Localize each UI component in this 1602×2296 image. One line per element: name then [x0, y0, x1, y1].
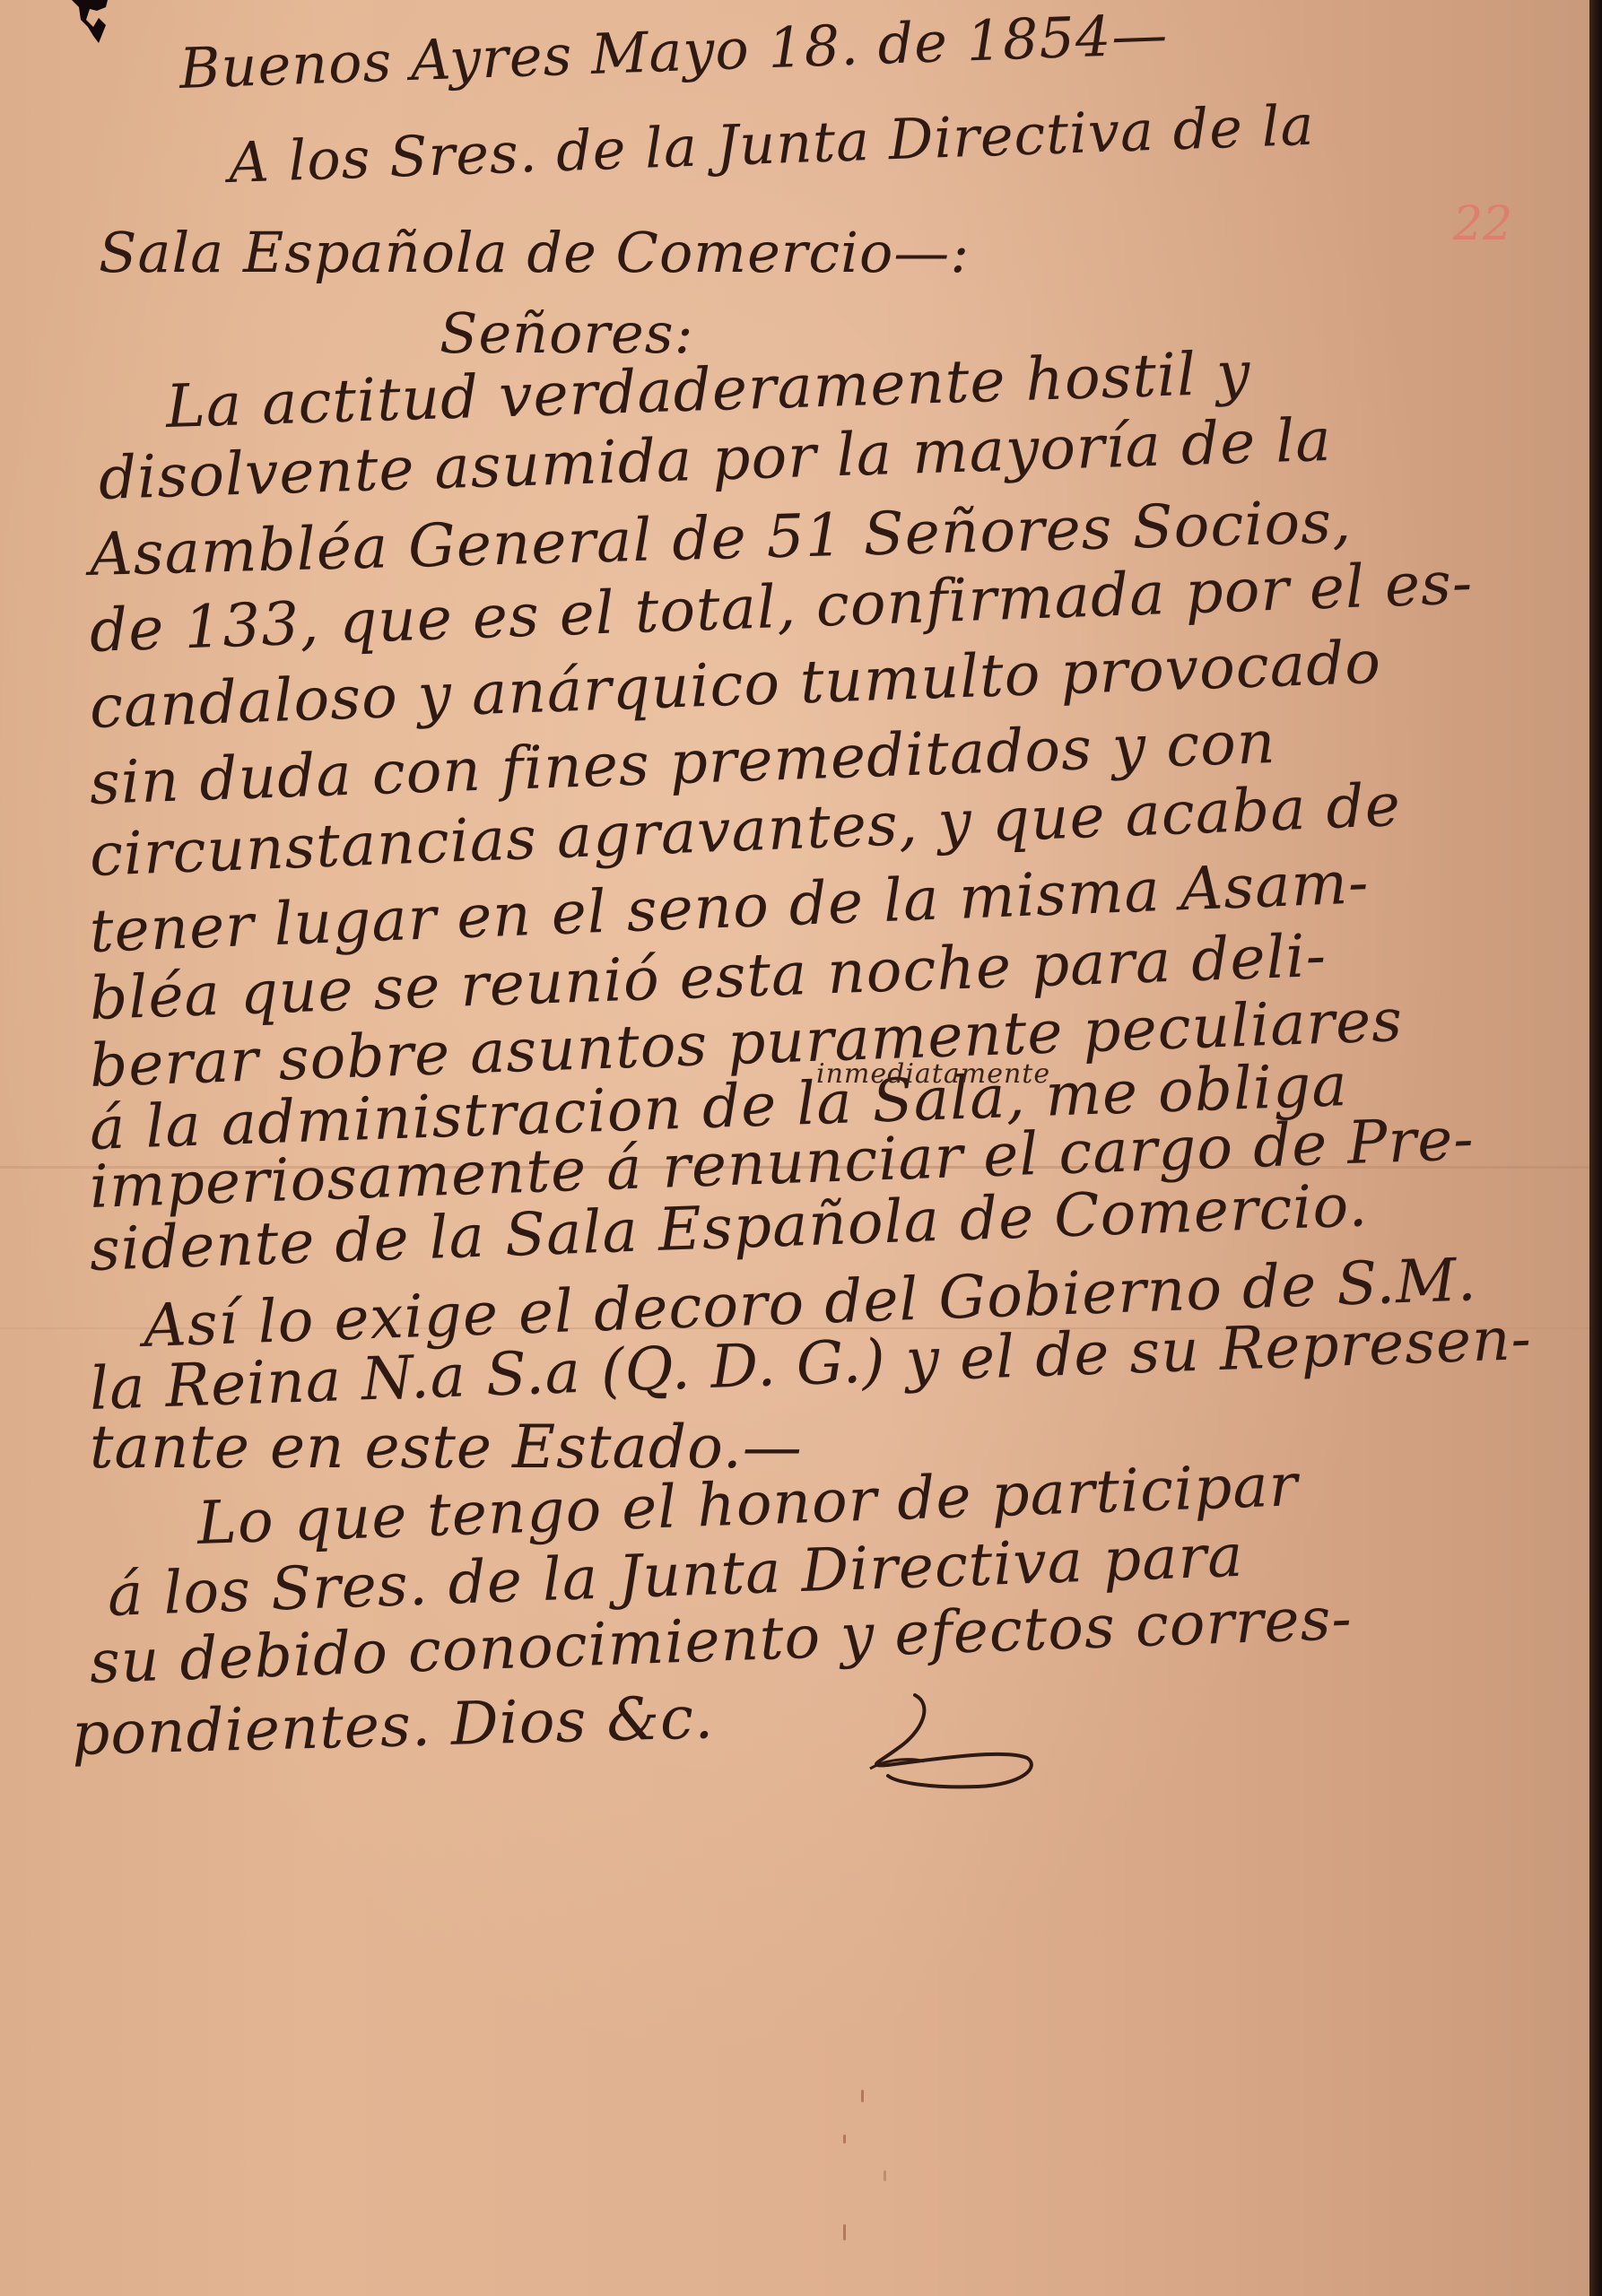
folio-number: 22 — [1453, 197, 1512, 251]
background-edge — [1589, 0, 1602, 2296]
address-line: A los Sres. de la Junta Directiva de la — [228, 92, 1316, 196]
closing-line: pondientes. Dios &c. — [71, 1683, 715, 1769]
torn-corner-icon — [54, 0, 126, 63]
interlinear-insertion: inmediatamente — [816, 1058, 1050, 1090]
paper-stain — [861, 2090, 864, 2102]
signature-flourish-icon — [780, 1686, 1040, 1794]
paper-stain — [843, 2135, 846, 2144]
address-line: Sala Española de Comercio—: — [99, 220, 970, 285]
dateline: Buenos Ayres Mayo 18. de 1854— — [178, 2, 1170, 101]
letter-page: 22 Buenos Ayres Mayo 18. de 1854— A los … — [0, 0, 1589, 2296]
paper-stain — [843, 2224, 846, 2240]
paper-stain — [884, 2170, 886, 2181]
